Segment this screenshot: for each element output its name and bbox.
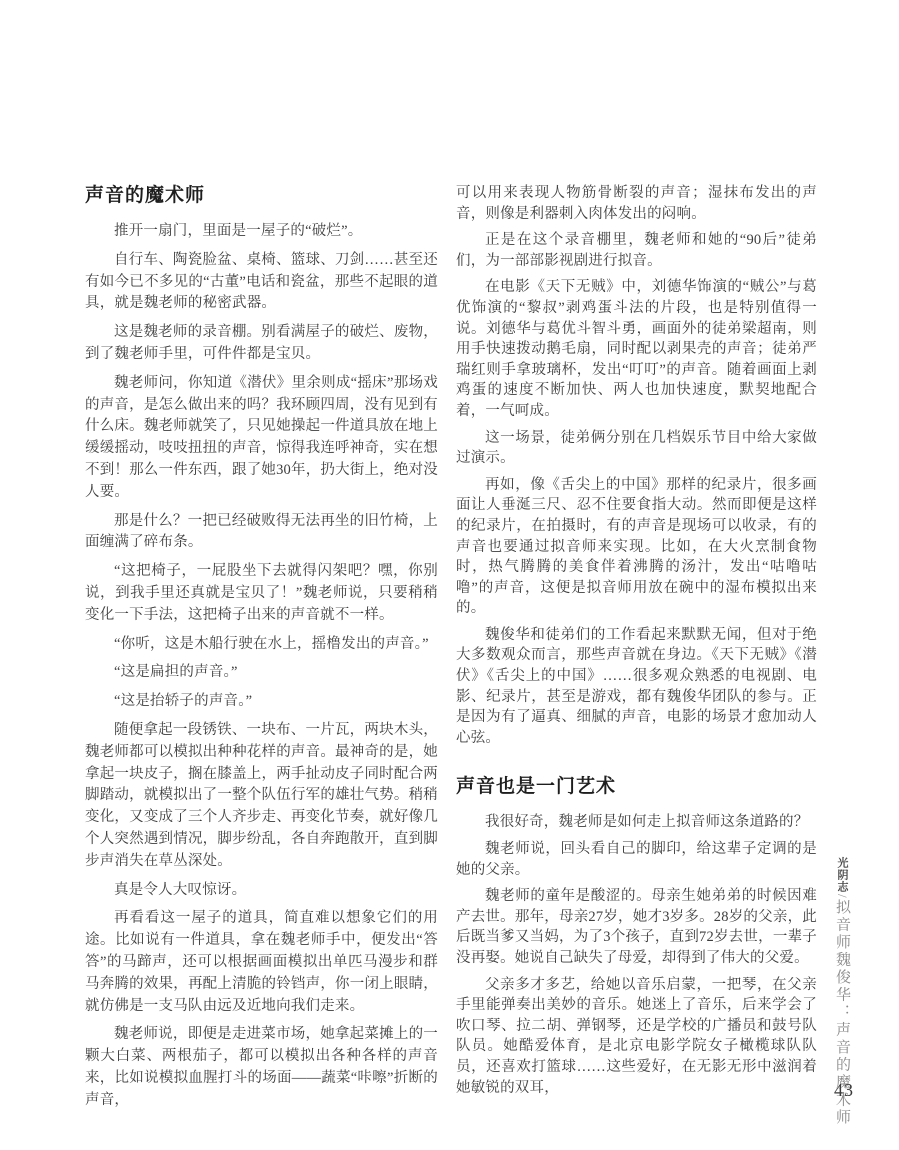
paragraph: 再看看这一屋子的道具，简直难以想象它们的用途。比如说有一件道具，拿在魏老师手中，… (85, 908, 438, 1017)
section-heading-sound-is-art: 声音也是一门艺术 (456, 774, 817, 800)
paragraph: 魏老师说，即便是走进菜市场，她拿起菜摊上的一颗大白菜、两根茄子，都可以模拟出各种… (85, 1024, 438, 1111)
paragraph: 再如，像《舌尖上的中国》那样的纪录片，很多画面让人垂涎三尺、忍不住要食指大动。然… (456, 475, 817, 619)
paragraph: 父亲多才多艺，给她以音乐启蒙，一把琴，在父亲手里能弹奏出美妙的音乐。她迷上了音乐… (456, 975, 817, 1099)
section-heading-sound-magician: 声音的魔术师 (85, 183, 438, 209)
paragraph: “这把椅子，一屁股坐下去就得闪架吧？嘿，你别说，到我手里还真就是宝贝了！”魏老师… (85, 561, 438, 626)
right-column: 可以用来表现人物筋骨断裂的声音；湿抹布发出的声音，则像是利器刺入肉体发出的闷响。… (456, 183, 817, 1104)
paragraph: 魏老师说，回头看自己的脚印，给这辈子定调的是她的父亲。 (456, 839, 817, 880)
paragraph: 这是魏老师的录音棚。别看满屋子的破烂、废物，到了魏老师手里，可件件都是宝贝。 (85, 322, 438, 366)
paragraph: 随便拿起一段锈铁、一块布、一片瓦，两块木头，魏老师都可以模拟出种种花样的声音。最… (85, 720, 438, 873)
paragraph: 魏老师的童年是酸涩的。母亲生她弟弟的时候因难产去世。那年，母亲27岁，她才3岁多… (456, 886, 817, 968)
paragraph: 那是什么？一把已经破败得无法再坐的旧竹椅，上面缠满了碎布条。 (85, 511, 438, 555)
page-number: 43 (834, 1080, 854, 1101)
right-column-paragraphs-top: 可以用来表现人物筋骨断裂的声音；湿抹布发出的声音，则像是利器刺入肉体发出的闷响。… (456, 183, 817, 748)
paragraph: 正是在这个录音棚里，魏老师和她的“90后”徒弟们，为一部部影视剧进行拟音。 (456, 230, 817, 271)
paragraph: “你听，这是木船行驶在水上，摇橹发出的声音。” (85, 634, 438, 656)
paragraph: 我很好奇，魏老师是如何走上拟音师这条道路的？ (456, 812, 817, 833)
right-column-paragraphs-bottom: 我很好奇，魏老师是如何走上拟音师这条道路的？魏老师说，回头看自己的脚印，给这辈子… (456, 812, 817, 1098)
sidebar-separator-slash: / (835, 894, 850, 898)
paragraph: “这是抬轿子的声音。” (85, 691, 438, 713)
magazine-name: 光阴志 (836, 857, 848, 893)
paragraph: 真是令人大叹惊讶。 (85, 880, 438, 902)
paragraph: 魏俊华和徒弟们的工作看起来默默无闻，但对于绝大多数观众而言，那些声音就在身边。《… (456, 625, 817, 749)
paragraph: 这一场景，徒弟俩分别在几档娱乐节目中给大家做过演示。 (456, 428, 817, 469)
left-column: 声音的魔术师 推开一扇门，里面是一屋子的“破烂”。自行车、陶瓷脸盆、桌椅、篮球、… (85, 183, 438, 1118)
paragraph: 可以用来表现人物筋骨断裂的声音；湿抹布发出的声音，则像是利器刺入肉体发出的闷响。 (456, 183, 817, 224)
left-column-paragraphs: 推开一扇门，里面是一屋子的“破烂”。自行车、陶瓷脸盆、桌椅、篮球、刀剑……甚至还… (85, 221, 438, 1111)
paragraph: 在电影《天下无贼》中，刘德华饰演的“贼公”与葛优饰演的“黎叔”剥鸡蛋斗法的片段，… (456, 277, 817, 421)
paragraph: 自行车、陶瓷脸盆、桌椅、篮球、刀剑……甚至还有如今已不多见的“古董”电话和瓷盆，… (85, 250, 438, 315)
page-edge-sidebar: 光阴志/拟音师魏俊华：声音的魔术师 (831, 857, 853, 1087)
paragraph: 推开一扇门，里面是一屋子的“破烂”。 (85, 221, 438, 243)
magazine-page: 声音的魔术师 推开一扇门，里面是一屋子的“破烂”。自行车、陶瓷脸盆、桌椅、篮球、… (0, 0, 899, 1150)
paragraph: 魏老师问，你知道《潜伏》里余则成“摇床”那场戏的声音，是怎么做出来的吗？我环顾四… (85, 373, 438, 504)
paragraph: “这是扁担的声音。” (85, 662, 438, 684)
